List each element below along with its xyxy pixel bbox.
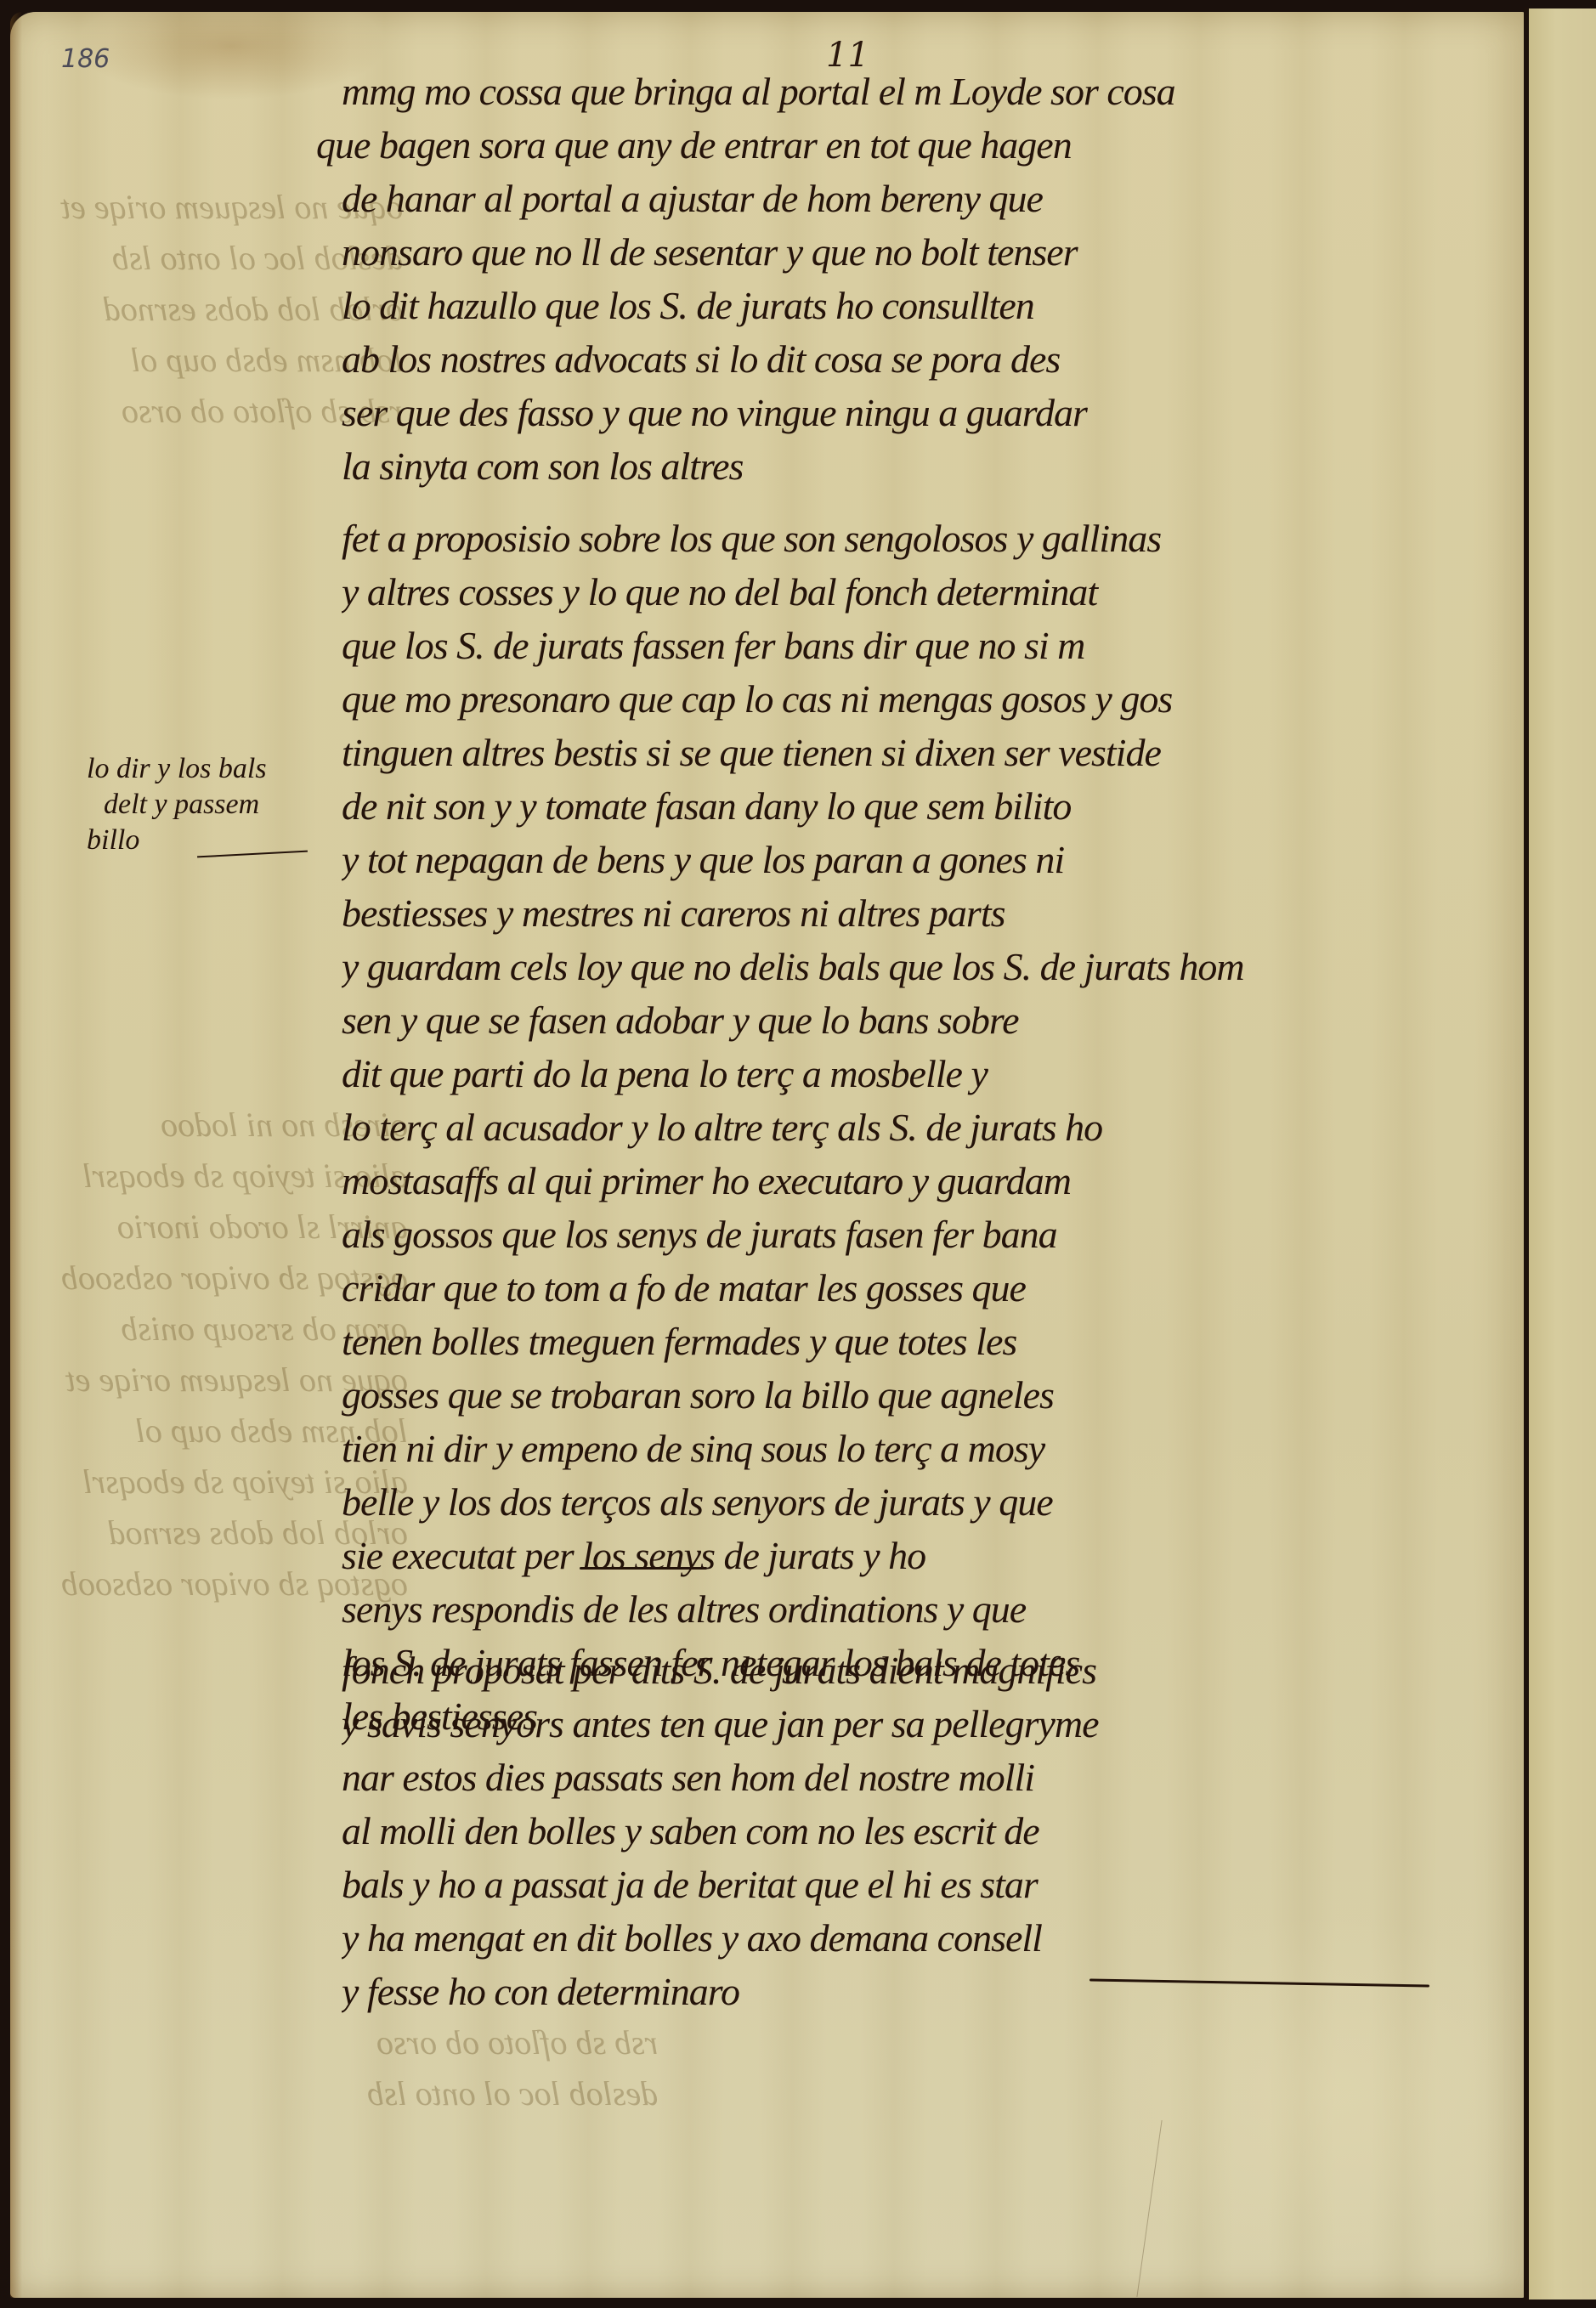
text-line: ab los nostres advocats si lo dit cosa s… [342, 332, 1472, 386]
text-line: que bagen sora que any de entrar en tot … [316, 118, 1472, 172]
text-line: bals y ho a passat ja de beritat que el … [342, 1858, 1472, 1911]
text-line: de hanar al portal a ajustar de hom bere… [342, 172, 1472, 225]
text-line: ser que des fasso y que no vingue ningu … [342, 386, 1472, 439]
margin-note-line: delt y passem [104, 787, 333, 823]
facing-page-edge [1529, 8, 1596, 2300]
margin-note-line: lo dir y los bals [87, 751, 333, 787]
text-line: senys respondis de les altres ordination… [342, 1582, 1472, 1636]
paper-crease [1136, 2120, 1162, 2297]
text-line: de nit son y y tomate fasan dany lo que … [342, 779, 1472, 833]
text-line: lo dit hazullo que los S. de jurats ho c… [342, 279, 1472, 332]
paragraph-2-end-rule [580, 1567, 707, 1570]
text-line: y fesse ho con determinaro [342, 1965, 1472, 2018]
text-line: nonsaro que no ll de sesentar y que no b… [342, 225, 1472, 279]
manuscript-page: oque no lesquem oriqe et deslob loc ol o… [10, 12, 1525, 2298]
text-line: nar estos dies passats sen hom del nostr… [342, 1751, 1472, 1804]
text-line: y savis senyors antes ten que jan per sa… [342, 1697, 1472, 1751]
text-line: mmg mo cossa que bringa al portal el m L… [342, 65, 1472, 118]
text-line: als gossos que los senys de jurats fasen… [342, 1208, 1472, 1261]
paragraph-3: fonch proposat per dits S. de jurats die… [342, 1643, 1472, 2018]
text-line: tenen bolles tmeguen fermades y que tote… [342, 1315, 1472, 1368]
bleed-through-bottom: rsb sb ofloto ob orso deslob loc ol onto… [367, 2017, 658, 2119]
text-line: bestiesses y mestres ni careros ni altre… [342, 886, 1472, 940]
text-line: que mo presonaro que cap lo cas ni menga… [342, 672, 1472, 726]
text-line: tinguen altres bestis si se que tienen s… [342, 726, 1472, 779]
text-line: tien ni dir y empeno de sinq sous lo ter… [342, 1422, 1472, 1475]
text-line: lo terç al acusador y lo altre terç als … [342, 1100, 1472, 1154]
bleed-line: rsb sb ofloto ob orso [367, 2017, 658, 2068]
text-line: fonch proposat per dits S. de jurats die… [342, 1643, 1472, 1697]
text-line: y guardam cels loy que no delis bals que… [342, 940, 1472, 993]
text-line: cridar que to tom a fo de matar les goss… [342, 1261, 1472, 1315]
bleed-line: deslob loc ol onto lsb [367, 2068, 658, 2119]
text-line: la sinyta com son los altres [342, 439, 1472, 493]
folio-number: 186 [61, 44, 110, 74]
paragraph-1: mmg mo cossa que bringa al portal el m L… [342, 65, 1472, 493]
text-line: y tot nepagan de bens y que los paran a … [342, 833, 1472, 886]
margin-note: lo dir y los bals delt y passem billo [87, 751, 333, 858]
text-line: sen y que se fasen adobar y que lo bans … [342, 993, 1472, 1047]
margin-note-line: billo [87, 823, 333, 858]
text-line: fet a proposisio sobre los que son sengo… [342, 512, 1472, 565]
text-line: y ha mengat en dit bolles y axo demana c… [342, 1911, 1472, 1965]
text-line: belle y los dos terços als senyors de ju… [342, 1475, 1472, 1529]
text-line: al molli den bolles y saben com no les e… [342, 1804, 1472, 1858]
text-line: que los S. de jurats fassen fer bans dir… [342, 619, 1472, 672]
text-line: sie executat per los senys de jurats y h… [342, 1529, 1472, 1582]
text-line: dit que parti do la pena lo terç a mosbe… [342, 1047, 1472, 1100]
paragraph-2: fet a proposisio sobre los que son sengo… [342, 512, 1472, 1743]
text-line: gosses que se trobaran soro la billo que… [342, 1368, 1472, 1422]
text-line: y altres cosses y lo que no del bal fonc… [342, 565, 1472, 619]
text-line: mostasaffs al qui primer ho executaro y … [342, 1154, 1472, 1208]
